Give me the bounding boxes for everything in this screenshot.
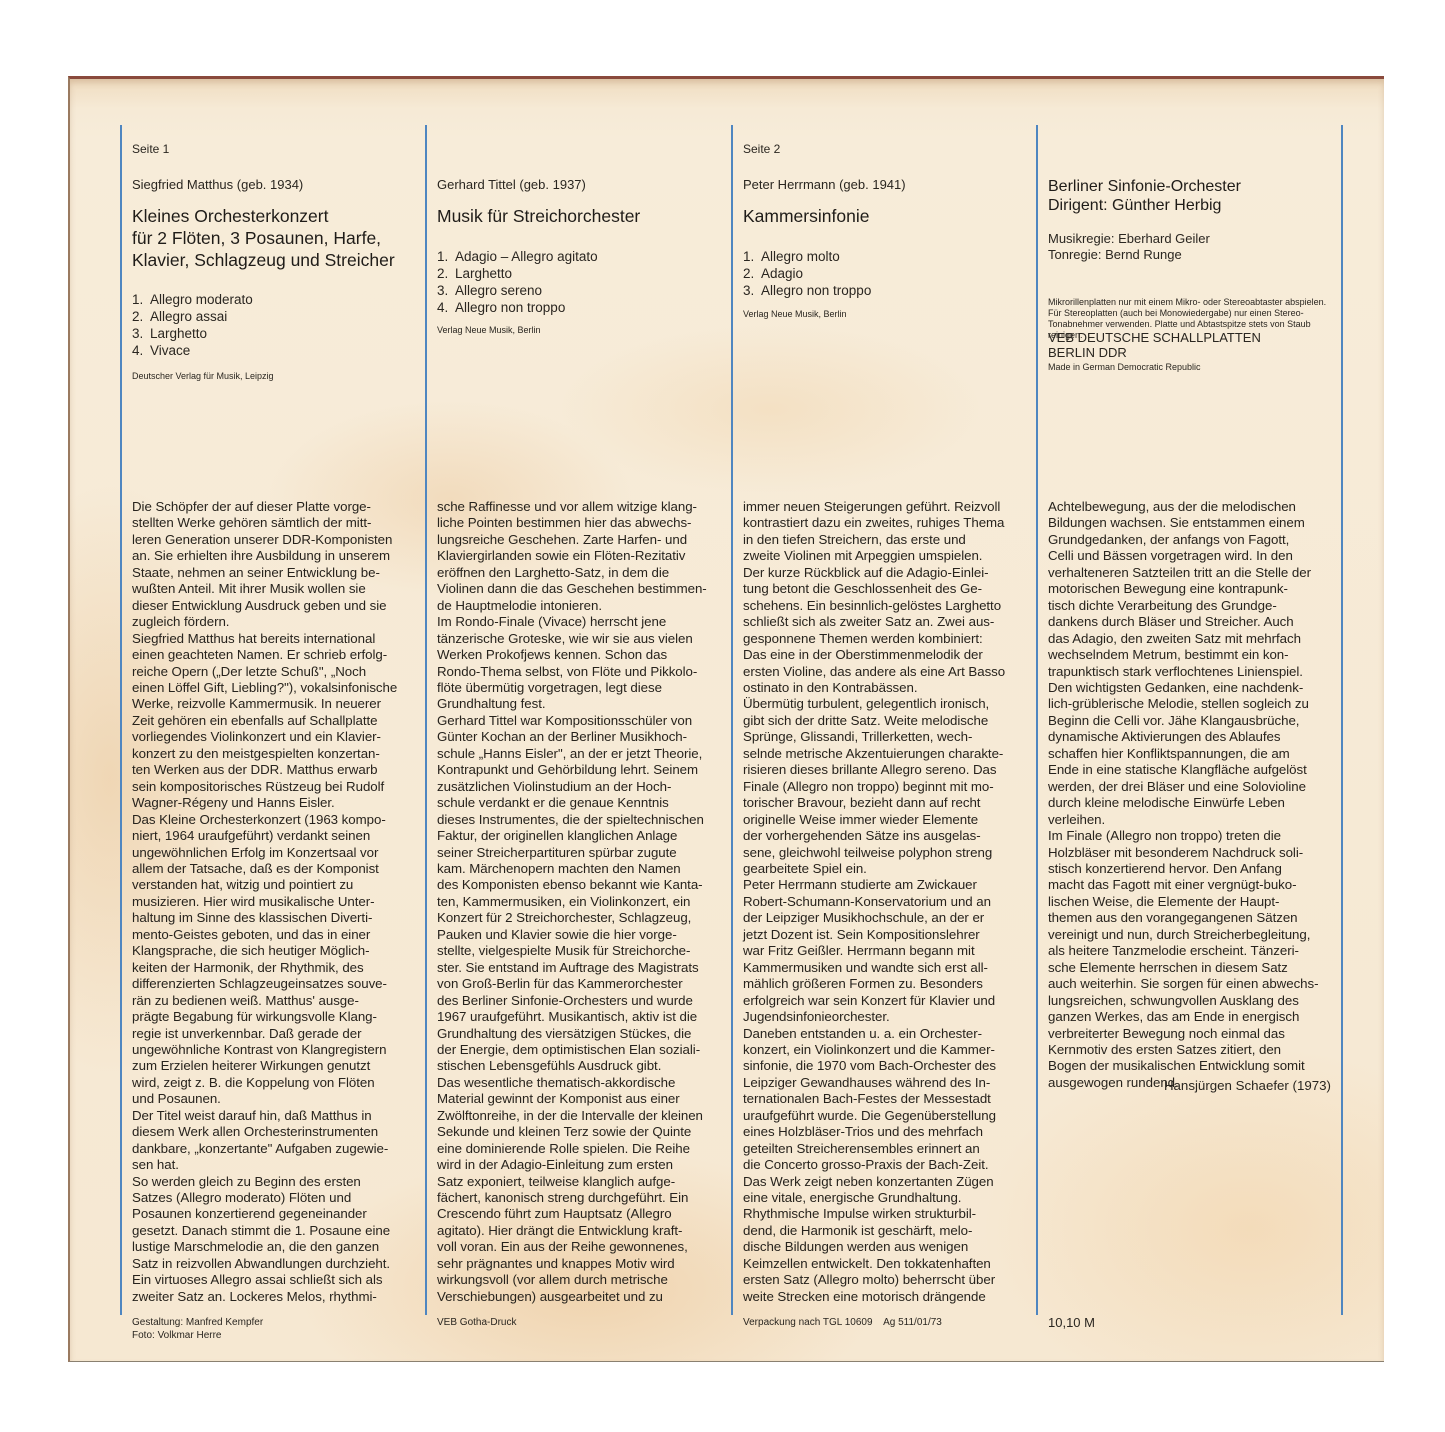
work-title: Kammersinfonie (743, 205, 869, 227)
movement-item: 3.Allegro non troppo (743, 282, 871, 299)
music-director-credit: Musikregie: Eberhard Geiler (1048, 231, 1210, 247)
movement-title: Allegro non troppo (455, 300, 565, 315)
movement-number: 2. (132, 308, 150, 325)
made-in-note: Made in German Democratic Republic (1048, 362, 1201, 372)
movement-number: 3. (743, 282, 761, 299)
movement-list: 1.Allegro moderato 2.Allegro assai 3.Lar… (132, 291, 253, 359)
movement-number: 2. (437, 265, 455, 282)
liner-notes-text: Achtelbewegung, aus der die melodischen … (1048, 499, 1319, 1091)
movement-number: 4. (132, 342, 150, 359)
movement-title: Allegro sereno (455, 283, 542, 298)
movement-item: 1.Allegro moderato (132, 291, 253, 308)
movement-number: 3. (437, 282, 455, 299)
movement-item: 2.Adagio (743, 265, 871, 282)
movement-title: Allegro non troppo (761, 283, 871, 298)
price-label: 10,10 M (1048, 1315, 1095, 1330)
movement-title: Allegro molto (761, 249, 840, 264)
movement-title: Allegro moderato (150, 292, 253, 307)
movement-title: Larghetto (455, 266, 512, 281)
packaging-code: Verpackung nach TGL 10609 Ag 511/01/73 (743, 1316, 942, 1329)
side-label: Seite 1 (132, 142, 169, 156)
work-title-line: Kammersinfonie (743, 205, 869, 227)
movement-number: 1. (437, 248, 455, 265)
printer-credit: VEB Gotha-Druck (437, 1316, 516, 1329)
work-title-line: Musik für Streichorchester (437, 205, 640, 227)
column-tittel: Gerhard Tittel (geb. 1937) Musik für Str… (425, 125, 719, 1315)
movement-number: 3. (132, 325, 150, 342)
movement-list: 1.Adagio – Allegro agitato 2.Larghetto 3… (437, 248, 598, 316)
column-credits: Berliner Sinfonie-Orchester Dirigent: Gü… (1036, 125, 1343, 1315)
movement-number: 1. (132, 291, 150, 308)
composer-name: Gerhard Tittel (geb. 1937) (437, 177, 586, 192)
composer-name: Peter Herrmann (geb. 1941) (743, 177, 906, 192)
publisher: Deutscher Verlag für Musik, Leipzig (132, 371, 274, 381)
column-side-2-herrmann: Seite 2 Peter Herrmann (geb. 1941) Kamme… (731, 125, 1025, 1315)
movement-item: 2.Allegro assai (132, 308, 253, 325)
movement-title: Larghetto (150, 326, 207, 341)
author-signature: Hansjürgen Schaefer (1973) (1164, 1078, 1331, 1093)
movement-item: 1.Adagio – Allegro agitato (437, 248, 598, 265)
work-title: Musik für Streichorchester (437, 205, 640, 227)
photo-credit-line: Foto: Volkmar Herre (132, 1329, 263, 1342)
composer-name: Siegfried Matthus (geb. 1934) (132, 177, 303, 192)
work-title-line: für 2 Flöten, 3 Posaunen, Harfe, (132, 227, 395, 249)
movement-item: 2.Larghetto (437, 265, 598, 282)
label-line: BERLIN DDR (1048, 345, 1261, 360)
movement-title: Vivace (150, 343, 190, 358)
movement-item: 1.Allegro molto (743, 248, 871, 265)
movement-item: 4.Allegro non troppo (437, 299, 598, 316)
column-side-1-matthus: Seite 1 Siegfried Matthus (geb. 1934) Kl… (120, 125, 414, 1315)
publisher: Verlag Neue Musik, Berlin (437, 325, 541, 335)
design-credits: Gestaltung: Manfred Kempfer Foto: Volkma… (132, 1316, 263, 1342)
orchestra-conductor: Berliner Sinfonie-Orchester Dirigent: Gü… (1048, 177, 1241, 215)
record-sleeve-back: Seite 1 Siegfried Matthus (geb. 1934) Kl… (68, 76, 1384, 1362)
record-label: VEB DEUTSCHE SCHALLPLATTEN BERLIN DDR (1048, 330, 1261, 360)
liner-notes-text: Die Schöpfer der auf dieser Platte vorge… (132, 499, 397, 1305)
work-title-line: Kleines Orchesterkonzert (132, 205, 395, 227)
liner-notes-text: sche Raffinesse und vor allem witzige kl… (437, 499, 707, 1305)
design-credit-line: Gestaltung: Manfred Kempfer (132, 1316, 263, 1329)
side-label: Seite 2 (743, 142, 780, 156)
movement-title: Allegro assai (150, 309, 227, 324)
orchestra-name: Berliner Sinfonie-Orchester (1048, 177, 1241, 196)
production-credits: Musikregie: Eberhard Geiler Tonregie: Be… (1048, 231, 1210, 263)
sound-engineer-credit: Tonregie: Bernd Runge (1048, 247, 1210, 263)
movement-item: 3.Allegro sereno (437, 282, 598, 299)
work-title: Kleines Orchesterkonzert für 2 Flöten, 3… (132, 205, 395, 271)
movement-title: Adagio (761, 266, 803, 281)
label-line: VEB DEUTSCHE SCHALLPLATTEN (1048, 330, 1261, 345)
movement-title: Adagio – Allegro agitato (455, 249, 598, 264)
movement-number: 4. (437, 299, 455, 316)
conductor-name: Dirigent: Günther Herbig (1048, 196, 1241, 215)
movement-item: 4.Vivace (132, 342, 253, 359)
movement-item: 3.Larghetto (132, 325, 253, 342)
publisher: Verlag Neue Musik, Berlin (743, 309, 847, 319)
movement-list: 1.Allegro molto 2.Adagio 3.Allegro non t… (743, 248, 871, 299)
liner-notes-text: immer neuen Steigerungen geführt. Reizvo… (743, 499, 1005, 1305)
movement-number: 2. (743, 265, 761, 282)
work-title-line: Klavier, Schlagzeug und Streicher (132, 249, 395, 271)
movement-number: 1. (743, 248, 761, 265)
